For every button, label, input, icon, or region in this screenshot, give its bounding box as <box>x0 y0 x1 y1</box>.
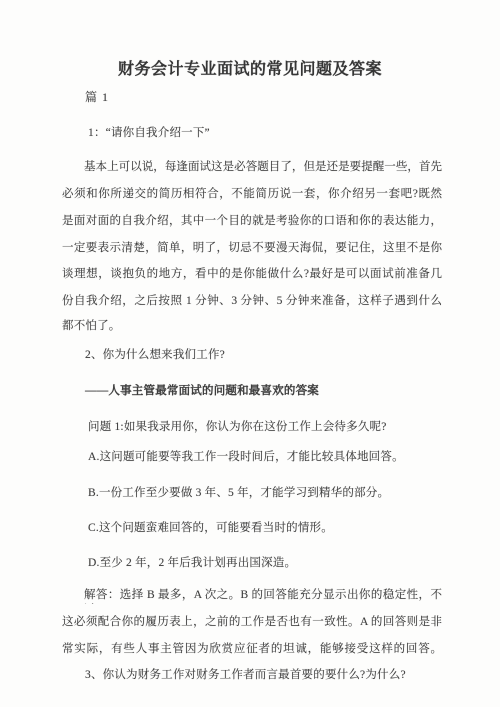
paragraph-line: 都不怕了。 <box>62 319 121 334</box>
paragraph-line: 份自我介绍，之后按照 1 分钟、3 分钟、5 分钟来准备，这样子遇到什么 <box>62 294 442 309</box>
document-page: 财务会计专业面试的常见问题及答案 篇 1 1：“请你自我介绍一下” 基本上可以说… <box>0 0 500 707</box>
subtitle-line: ——人事主管最常面试的问题和最喜欢的答案 <box>85 384 319 399</box>
question-3-heading: 3、你认为财务工作对财务工作者而言最首要的要什么?为什么? <box>85 668 406 683</box>
paragraph-line: 基本上可以说，每逢面试这是必答题目了，但是还是要提醒一些，首先 <box>62 160 442 175</box>
paragraph-line: 必须和你所递交的简历相符合，不能简历说一套，你介绍另一套吧?既然 <box>62 187 442 202</box>
paragraph-line: 谈理想，谈抱负的地方，看中的是你能做什么?最好是可以面试前准备几 <box>62 267 442 282</box>
option-b-line: B.一份工作至少要做 3 年、5 年，才能学习到精华的部分。 <box>88 486 389 501</box>
question-1-heading: 1：“请你自我介绍一下” <box>88 126 210 141</box>
option-a-line: A.这问题可能要等我工作一段时间后，才能比较具体地回答。 <box>88 450 404 465</box>
paragraph-line: 一定要表示清楚，简单，明了，切忌不要漫天海侃，要记住，这里不是你 <box>62 241 442 256</box>
answer-line: 解答：选择 B 最多，A 次之。B 的回答能充分显示出你的稳定性，不过， <box>62 588 442 604</box>
section-label: 篇 1 <box>85 88 109 105</box>
answer-line: 常实际，有些人事主管因为欣赏应征者的坦诚，能够接受这样的回答。 <box>62 642 442 657</box>
option-d-line: D.至少 2 年，2 年后我计划再出国深造。 <box>88 556 296 571</box>
document-title: 财务会计专业面试的常见问题及答案 <box>0 56 500 79</box>
problem-1-line: 问题 1:如果我录用你，你认为你在这份工作上会待多久呢? <box>88 420 387 435</box>
answer-line: 这必须配合你的履历表上，之前的工作是否也有一致性。A 的回答则是非 <box>62 615 442 630</box>
paragraph-line: 是面对面的自我介绍，其中一个目的就是考验你的口语和你的表达能力， <box>62 214 442 229</box>
question-2-heading: 2、你为什么想来我们工作? <box>85 348 225 363</box>
option-c-line: C.这个问题蛮难回答的，可能要看当时的情形。 <box>88 521 333 536</box>
